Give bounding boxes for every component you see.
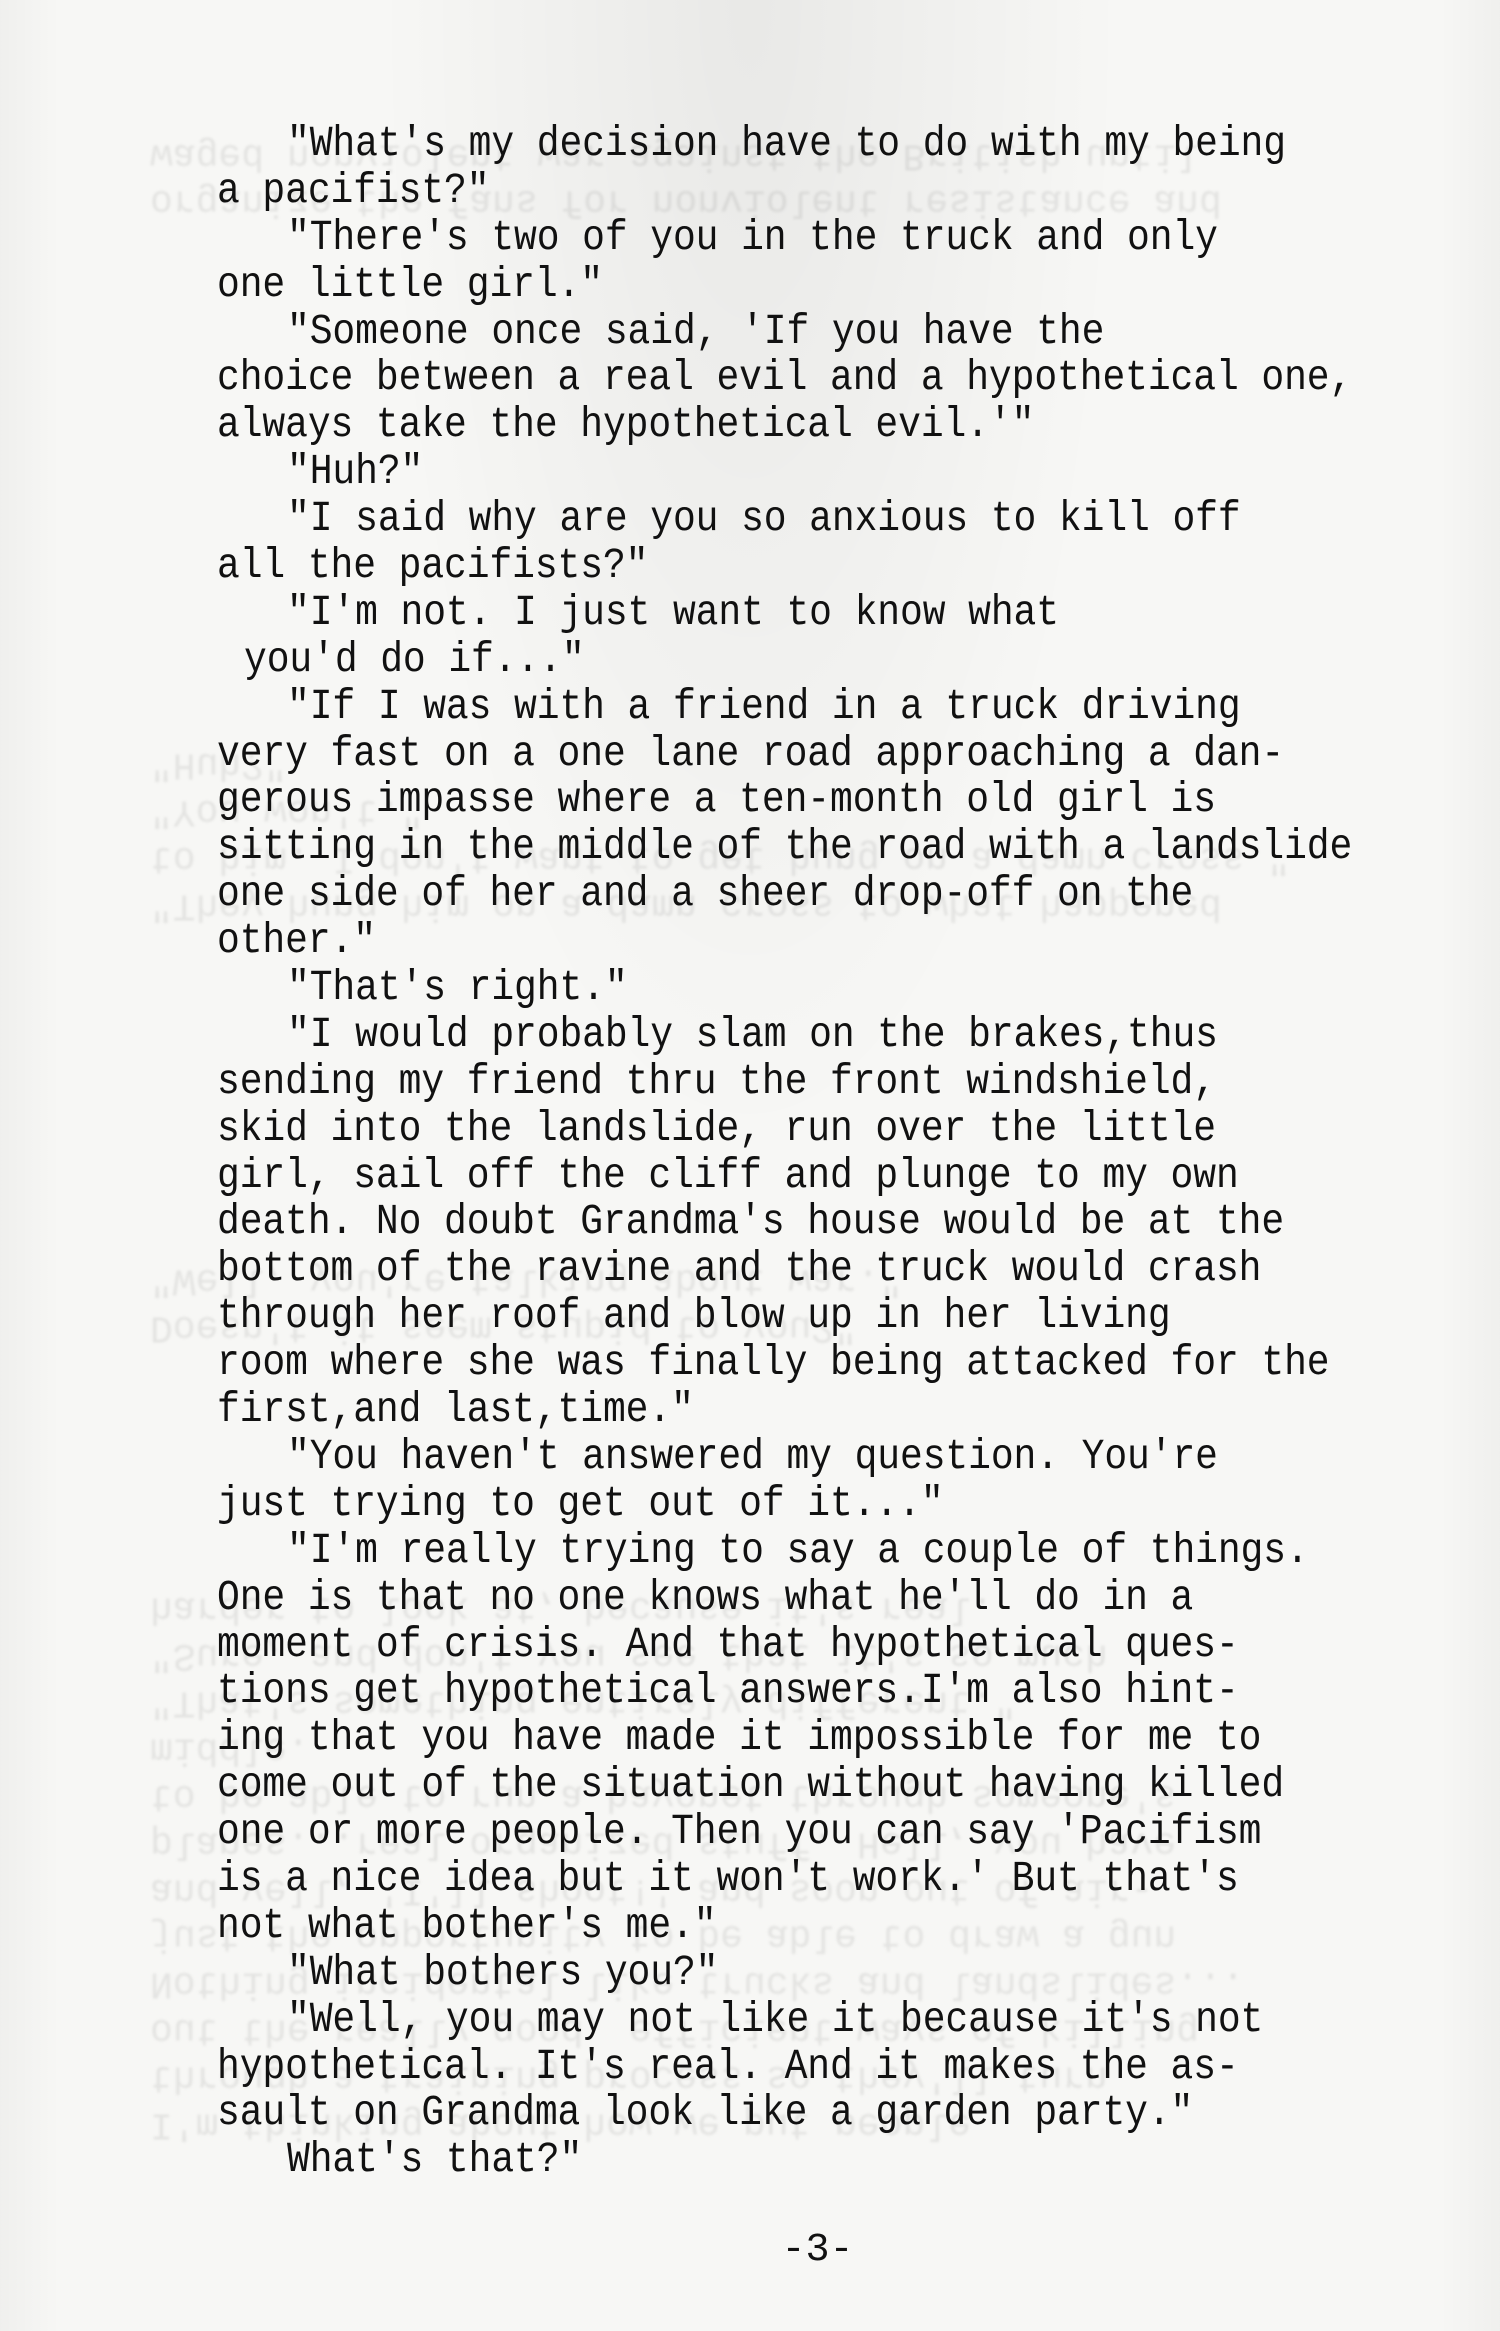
text-line: "What's my decision have to do with my b…: [217, 119, 1437, 172]
typewritten-text-block: "What's my decision have to do with my b…: [217, 123, 1437, 2186]
text-line: just trying to get out of it...": [217, 1479, 1437, 1532]
text-line: other.": [217, 916, 1437, 969]
text-line: very fast on a one lane road approaching…: [217, 729, 1437, 782]
text-line: "There's two of you in the truck and onl…: [217, 213, 1437, 266]
text-line: "Someone once said, 'If you have the: [217, 307, 1437, 360]
text-line: skid into the landslide, run over the li…: [217, 1104, 1437, 1157]
text-line: girl, sail off the cliff and plunge to m…: [217, 1151, 1437, 1204]
text-line: "That's right.": [217, 963, 1437, 1016]
text-line: "I said why are you so anxious to kill o…: [217, 494, 1437, 547]
text-line: "Well, you may not like it because it's …: [217, 1995, 1437, 2048]
text-line: one little girl.": [217, 260, 1437, 313]
page-number: -3-: [0, 2228, 1500, 2273]
text-line: gerous impasse where a ten-month old gir…: [217, 776, 1437, 829]
text-line: is a nice idea but it won't work.' But t…: [217, 1854, 1437, 1907]
text-line: sitting in the middle of the road with a…: [217, 822, 1437, 875]
text-line: come out of the situation without having…: [217, 1760, 1437, 1813]
text-line: room where she was finally being attacke…: [217, 1338, 1437, 1391]
text-line: What's that?": [217, 2135, 1437, 2188]
text-line: One is that no one knows what he'll do i…: [217, 1573, 1437, 1626]
text-line: "I'm not. I just want to know what: [217, 588, 1437, 641]
text-line: hypothetical. It's real. And it makes th…: [217, 2042, 1437, 2095]
text-line: ing that you have made it impossible for…: [217, 1713, 1437, 1766]
scanned-page: I'm thinking about how we put peoplethro…: [0, 0, 1500, 2331]
text-line: always take the hypothetical evil.'": [217, 400, 1437, 453]
text-line: tions get hypothetical answers.I'm also …: [217, 1666, 1437, 1719]
text-line: a pacifist?": [217, 166, 1437, 219]
text-line: you'd do if...": [217, 635, 1437, 688]
text-line: one or more people. Then you can say 'Pa…: [217, 1807, 1437, 1860]
text-line: one side of her and a sheer drop-off on …: [217, 869, 1437, 922]
text-line: moment of crisis. And that hypothetical …: [217, 1620, 1437, 1673]
text-line: "Huh?": [217, 447, 1437, 500]
text-line: "I'm really trying to say a couple of th…: [217, 1526, 1437, 1579]
text-line: "You haven't answered my question. You'r…: [217, 1432, 1437, 1485]
text-line: choice between a real evil and a hypothe…: [217, 354, 1437, 407]
text-line: death. No doubt Grandma's house would be…: [217, 1198, 1437, 1251]
text-line: sending my friend thru the front windshi…: [217, 1057, 1437, 1110]
text-line: bottom of the ravine and the truck would…: [217, 1244, 1437, 1297]
text-line: first,and last,time.": [217, 1385, 1437, 1438]
text-line: "If I was with a friend in a truck drivi…: [217, 682, 1437, 735]
text-line: all the pacifists?": [217, 541, 1437, 594]
text-line: "What bothers you?": [217, 1948, 1437, 2001]
text-line: through her roof and blow up in her livi…: [217, 1291, 1437, 1344]
text-line: not what bother's me.": [217, 1901, 1437, 1954]
text-line: sault on Grandma look like a garden part…: [217, 2088, 1437, 2141]
text-line: "I would probably slam on the brakes,thu…: [217, 1010, 1437, 1063]
